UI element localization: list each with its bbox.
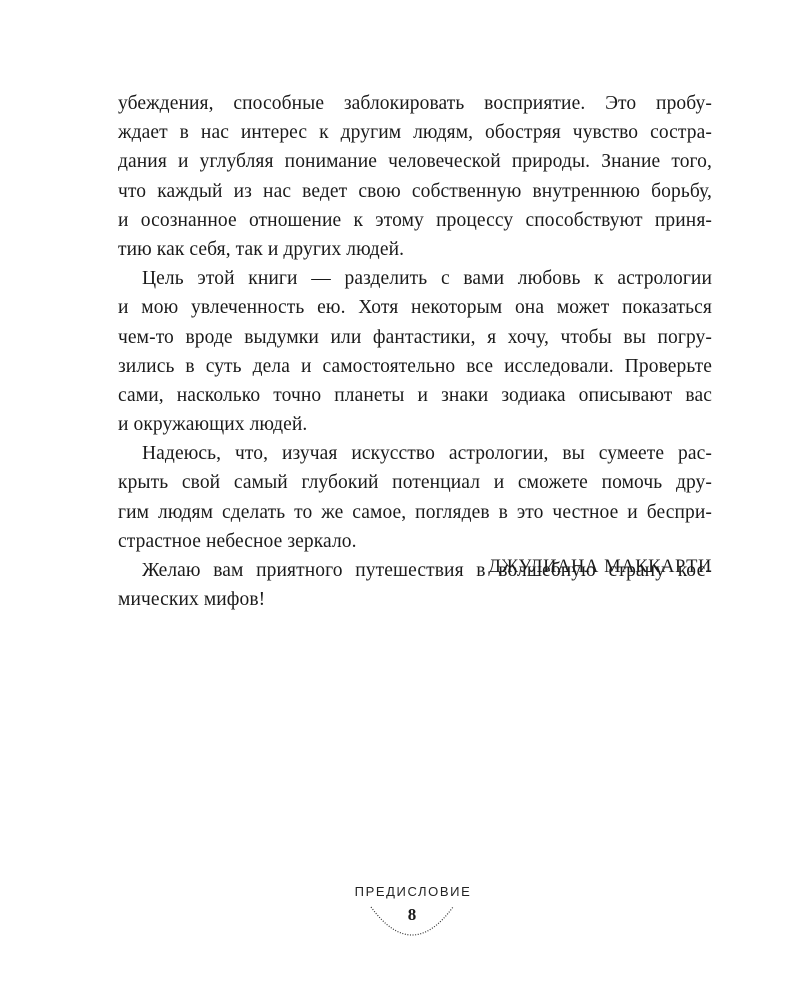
- text-line: сами, насколько точно планеты и знаки зо…: [118, 381, 712, 410]
- text-line: чем-то вроде выдумки или фантастики, я х…: [118, 323, 712, 352]
- text-line: и осознанное отношение к этому процессу …: [118, 206, 712, 235]
- text-line: страстное небесное зеркало.: [118, 527, 712, 556]
- text-line: Цель этой книги — разделить с вами любов…: [118, 264, 712, 293]
- paragraph: убеждения, способные заблокировать воспр…: [118, 89, 712, 264]
- page-body: убеждения, способные заблокировать воспр…: [118, 89, 712, 614]
- text-line: убеждения, способные заблокировать воспр…: [118, 89, 712, 118]
- running-section-title: ПРЕДИСЛОВИЕ: [26, 884, 800, 899]
- text-line: мических мифов!: [118, 585, 712, 614]
- author-signature: ДЖУЛИАНА МАККАРТИ: [488, 553, 712, 582]
- text-line: крыть свой самый глубокий потенциал и см…: [118, 468, 712, 497]
- text-line: ждает в нас интерес к другим людям, обос…: [118, 118, 712, 147]
- text-line: и мою увлеченность ею. Хотя некоторым он…: [118, 293, 712, 322]
- text-line: и окружающих людей.: [118, 410, 712, 439]
- text-line: что каждый из нас ведет свою собственную…: [118, 177, 712, 206]
- text-line: зились в суть дела и самостоятельно все …: [118, 352, 712, 381]
- text-line: гим людям сделать то же самое, поглядев …: [118, 498, 712, 527]
- page-number-block: 8: [367, 901, 457, 947]
- paragraph: Цель этой книги — разделить с вами любов…: [118, 264, 712, 439]
- page-footer: ПРЕДИСЛОВИЕ 8: [0, 884, 800, 947]
- text-line: тию как себя, так и других людей.: [118, 235, 712, 264]
- paragraph: Надеюсь, что, изучая искусство астрологи…: [118, 439, 712, 556]
- text-line: дания и углубляя понимание человеческой …: [118, 147, 712, 176]
- text-line: Надеюсь, что, изучая искусство астрологи…: [118, 439, 712, 468]
- page-number: 8: [367, 905, 457, 925]
